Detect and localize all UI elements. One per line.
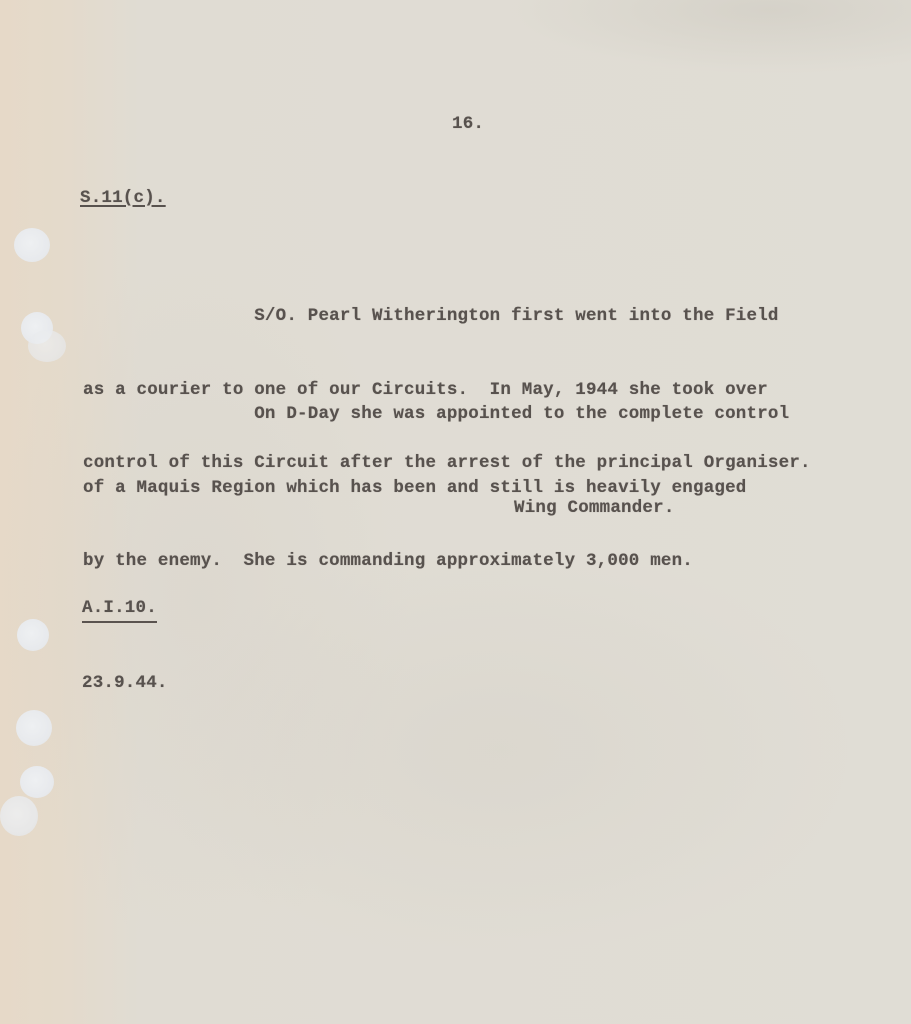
paper-page: 16. S.11(c). S/O. Pearl Witherington fir… [0,0,911,1024]
reference-block: A.I.10. 23.9.44. [82,548,168,743]
punch-hole [14,228,50,262]
paragraph-line: by the enemy. She is commanding approxim… [83,549,789,574]
punch-hole [20,766,54,798]
punch-hole [0,796,38,836]
punch-hole [28,330,66,362]
reference-heading: S.11(c). [80,186,166,211]
paragraph-line: On D-Day she was appointed to the comple… [83,402,789,427]
reference-date: 23.9.44. [82,671,168,695]
punch-hole [16,710,52,746]
paragraph-line: S/O. Pearl Witherington first went into … [83,304,811,329]
signature-title: Wing Commander. [514,496,675,521]
reference-department: A.I.10. [82,596,157,623]
page-number: 16. [452,112,484,137]
paragraph-line: of a Maquis Region which has been and st… [83,476,789,501]
punch-hole [17,619,49,651]
paragraph-2: On D-Day she was appointed to the comple… [83,353,789,623]
